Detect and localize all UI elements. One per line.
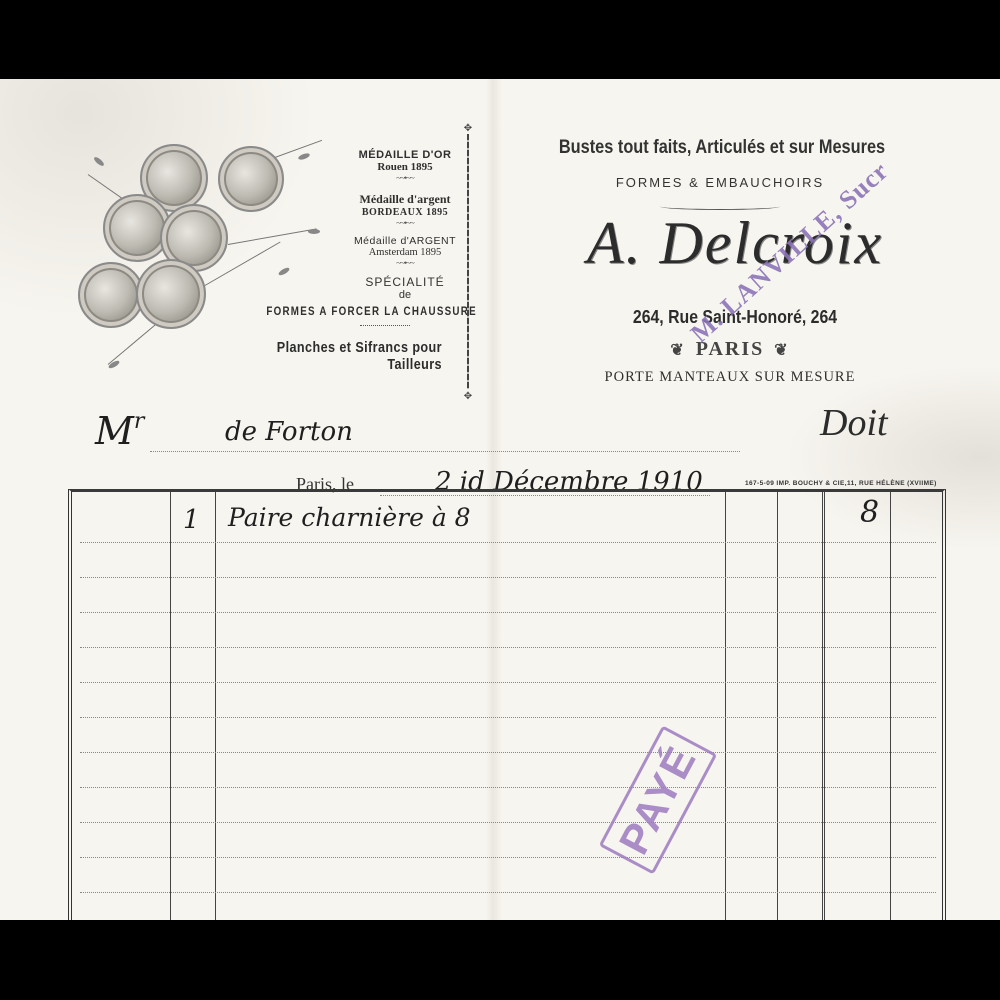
table-row	[80, 857, 936, 858]
ornament-divider: ~~•~~	[330, 173, 480, 183]
leaf-decoration	[278, 266, 291, 276]
fleuron-icon: ❦	[670, 342, 685, 359]
award-title: Médaille d'argent	[330, 192, 480, 207]
porte-manteaux: PORTE MANTEAUX SUR MESURE	[560, 369, 900, 386]
medal-icon	[136, 259, 206, 329]
table-row	[80, 752, 936, 753]
formes-a-forcer: FORMES A FORCER LA CHAUSSURE	[263, 306, 480, 318]
award-place: Rouen 1895	[330, 161, 480, 173]
ornament-divider: ~~•~~	[330, 258, 480, 268]
salutation: Mr	[95, 409, 144, 453]
salutation-sup: r	[134, 409, 145, 434]
table-row	[80, 717, 936, 718]
column-divider	[215, 492, 216, 920]
leaf-decoration	[308, 229, 320, 234]
planches-tailleurs: Planches et Sifrancs pour Tailleurs	[222, 339, 442, 373]
ornament-divider: ~~•~~	[330, 218, 480, 228]
award-title: Médaille d'ARGENT	[330, 235, 480, 247]
bustes-heading: Bustes tout faits, Articulés et sur Mesu…	[524, 137, 920, 159]
invoice-paper: MÉDAILLE D'OR Rouen 1895 ~~•~~ Médaille …	[0, 79, 1000, 920]
table-row	[80, 787, 936, 788]
award-place: Amsterdam 1895	[330, 247, 480, 258]
column-divider	[890, 492, 891, 920]
column-divider	[170, 492, 171, 920]
ornament-icon: ✥	[462, 124, 474, 134]
medals-illustration	[78, 134, 333, 369]
leaf-decoration	[298, 152, 311, 161]
table-row	[80, 822, 936, 823]
award-place: BORDEAUX 1895	[330, 207, 480, 218]
table-row	[80, 647, 936, 648]
table-row	[80, 542, 936, 543]
client-name: de Forton	[225, 417, 353, 447]
company-name: A. Delcroix	[535, 209, 935, 278]
line-item-description: Paire charnière à 8	[228, 503, 471, 532]
award-gold-rouen: MÉDAILLE D'OR Rouen 1895 ~~•~~	[330, 149, 480, 183]
invoice-ledger-table	[68, 489, 946, 920]
doit-label: Doit	[820, 401, 888, 445]
ornament-chain	[467, 134, 469, 389]
award-title: MÉDAILLE D'OR	[330, 149, 480, 161]
column-divider	[777, 492, 778, 920]
table-row	[80, 577, 936, 578]
column-divider	[725, 492, 726, 920]
column-divider	[822, 492, 825, 920]
fleuron-icon: ❦	[774, 342, 789, 359]
client-dotted-line	[150, 451, 740, 452]
printer-imprint: 167-5-09 IMP. BOUCHY & CIE,11, RUE HÉLÈN…	[745, 480, 937, 487]
salutation-m: M	[95, 409, 134, 453]
medal-icon	[78, 262, 144, 328]
specialite-label: SPÉCIALITÉ de	[330, 275, 480, 301]
ornament-icon: ✥	[462, 392, 474, 402]
line-item-quantity: 1	[183, 505, 200, 535]
specialite-text: SPÉCIALITÉ	[330, 275, 480, 289]
line-item-amount: 8	[860, 495, 879, 530]
leaf-decoration	[93, 156, 105, 168]
medal-icon	[218, 146, 284, 212]
vertical-ornament: ✥ ✥	[465, 124, 471, 399]
table-row	[80, 682, 936, 683]
specialite-de: de	[330, 289, 480, 301]
table-row	[80, 892, 936, 893]
city-line: ❦PARIS❦	[600, 338, 860, 361]
award-silver-bordeaux: Médaille d'argent BORDEAUX 1895 ~~•~~	[330, 192, 480, 228]
branch-decoration	[228, 228, 317, 245]
ornament-divider	[360, 325, 410, 326]
table-row	[80, 612, 936, 613]
award-silver-amsterdam: Médaille d'ARGENT Amsterdam 1895 ~~•~~	[330, 235, 480, 268]
